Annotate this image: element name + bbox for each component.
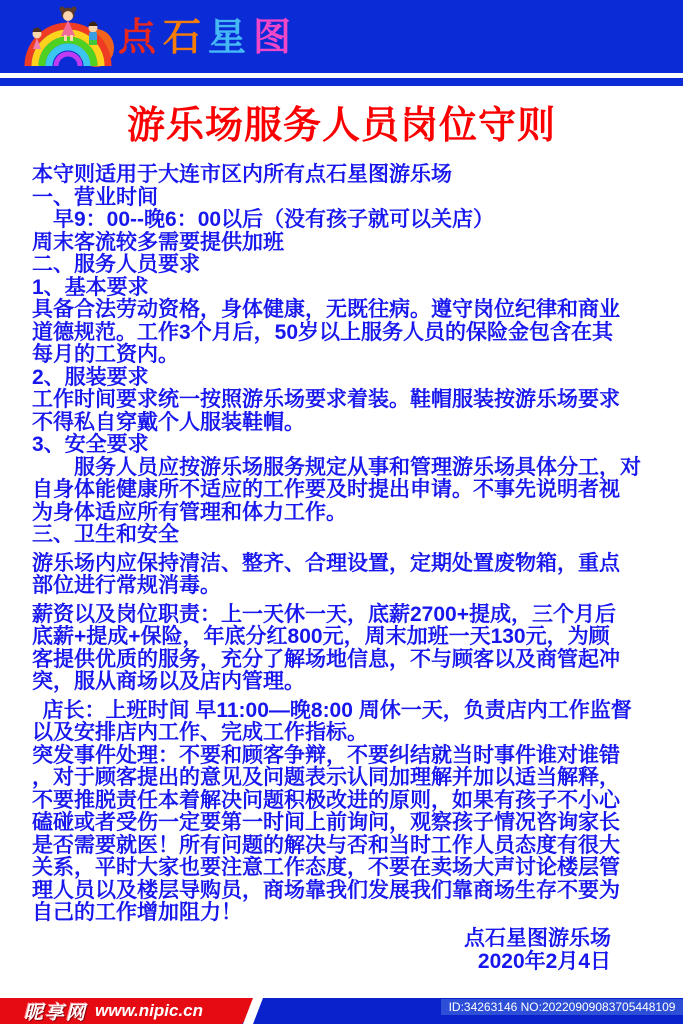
image-id-label: ID:34263146 NO:20220909083705448109 (441, 999, 683, 1015)
rainbow-children-logo (20, 4, 120, 68)
body-paragraph: 2、服装要求 (32, 367, 661, 390)
body-paragraph: 本守则适用于大连市区内所有点石星图游乐场 (32, 164, 661, 187)
body-paragraph: 游乐场内应保持清洁、整齐、合理设置，定期处置废物箱，重点 部位进行常规消毒。 (32, 553, 661, 598)
body-paragraph: 一、营业时间 (32, 187, 661, 210)
page-title: 游乐场服务人员岗位守则 (0, 102, 683, 150)
body-paragraph: 店长：上班时间 早11:00—晚8:00 周休一天，负责店内工作监督 以及安排店… (32, 700, 661, 745)
header-divider-stripe (0, 78, 683, 86)
signature-block: 点石星图游乐场 2020年2月4日 (0, 927, 683, 973)
body-paragraph: 薪资以及岗位职责：上一天休一天，底薪2700+提成，三个月后 底薪+提成+保险，… (32, 604, 661, 694)
brand-char: 点 (118, 17, 163, 59)
body-paragraph: 突发事件处理：不要和顾客争辩，不要纠结就当时事件谁对谁错 ，对于顾客提出的意见及… (32, 745, 661, 925)
body-paragraph: 二、服务人员要求 (32, 254, 661, 277)
body-paragraph: 三、卫生和安全 (32, 524, 661, 547)
body-text: 本守则适用于大连市区内所有点石星图游乐场一、营业时间 早9：00--晚6：00以… (0, 164, 683, 925)
body-paragraph: 早9：00--晚6：00以后（没有孩子就可以关店） (32, 209, 661, 232)
brand-char: 图 (253, 17, 298, 59)
signature-date: 2020年2月4日 (0, 950, 611, 973)
body-paragraph: 工作时间要求统一按照游乐场要求着装。鞋帽服装按游乐场要求 不得私自穿戴个人服装鞋… (32, 389, 661, 434)
brand-char: 石 (163, 17, 208, 59)
footer-red-band: 昵享网 www.nipic.cn (0, 998, 262, 1024)
body-paragraph: 1、基本要求 (32, 277, 661, 300)
body-paragraph: 周末客流较多需要提供加班 (32, 232, 661, 255)
footer-band: ID:34263146 NO:20220909083705448109 昵享网 … (0, 998, 683, 1024)
body-paragraph: 服务人员应按游乐场服务规定从事和管理游乐场具体分工，对 自身体能健康所不适应的工… (32, 457, 661, 525)
header-band: 点石星图 (0, 0, 683, 73)
body-paragraph: 3、安全要求 (32, 434, 661, 457)
brand-text: 点石星图 (118, 16, 298, 60)
body-paragraph: 具备合法劳动资格，身体健康，无既往病。遵守岗位纪律和商业 道德规范。工作3个月后… (32, 299, 661, 367)
nipic-url-text: www.nipic.cn (95, 1001, 203, 1021)
brand-char: 星 (208, 17, 253, 59)
signature-org: 点石星图游乐场 (0, 927, 611, 950)
nipic-logo-text: 昵享网 (24, 998, 87, 1024)
poster-page: 点石星图 游乐场服务人员岗位守则 本守则适用于大连市区内所有点石星图游乐场一、营… (0, 0, 683, 1024)
